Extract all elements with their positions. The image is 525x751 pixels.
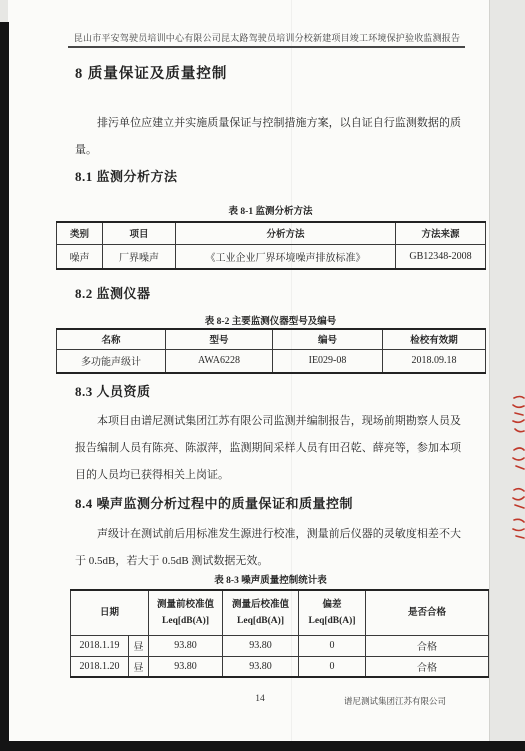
- table-noise-qc-stats: 日期 测量前校准值 Leq[dB(A)] 测量后校准值 Leq[dB(A)] 偏…: [70, 589, 489, 678]
- section-8-1-heading: 8.1 监测分析方法: [75, 166, 178, 185]
- table-cell: 厂界噪声: [103, 244, 176, 269]
- column-header: 名称: [57, 329, 166, 349]
- column-header: 项目: [103, 222, 176, 244]
- footer-company-name: 谱尼测试集团江苏有限公司: [335, 695, 455, 707]
- section-8-3-heading: 8.3 人员资质: [75, 381, 151, 400]
- column-header: 分析方法: [176, 222, 396, 244]
- table-cell: 《工业企业厂界环境噪声排放标准》: [176, 244, 396, 269]
- table-instruments: 名称 型号 编号 检校有效期 多功能声级计 AWA6228 IE029-08 2…: [56, 328, 486, 374]
- section-8-4-paragraph: 声级计在测试前后用标准发生源进行校准，测量前后仪器的灵敏度相差不大于 0.5dB…: [75, 521, 461, 575]
- table-cell: 昼: [129, 635, 149, 656]
- table-8-1-caption: 表 8-1 监测分析方法: [56, 203, 485, 217]
- section-8-paragraph: 排污单位应建立并实施质量保证与控制措施方案，以自证自行监测数据的质量。: [75, 110, 461, 164]
- table-cell: 0: [299, 656, 366, 677]
- table-cell: 0: [299, 635, 366, 656]
- section-8-4-heading: 8.4 噪声监测分析过程中的质量保证和质量控制: [75, 493, 353, 512]
- section-8-heading: 8 质量保证及质量控制: [75, 62, 227, 83]
- table-cell: 93.80: [223, 656, 299, 677]
- table-cell: 合格: [366, 656, 489, 677]
- table-cell: 2018.1.20: [71, 656, 129, 677]
- red-handwriting-annotation: [501, 392, 525, 540]
- table-cell: 93.80: [223, 635, 299, 656]
- red-scribble-icon: [501, 392, 525, 540]
- table-row: 2018.1.20 昼 93.80 93.80 0 合格: [71, 656, 489, 677]
- table-row: 噪声 厂界噪声 《工业企业厂界环境噪声排放标准》 GB12348-2008: [57, 244, 486, 269]
- column-header: 是否合格: [366, 590, 489, 635]
- column-header: 检校有效期: [383, 329, 486, 349]
- scanned-report-page: 昆山市平安驾驶员培训中心有限公司昆太路驾驶员培训分校新建项目竣工环境保护验收监测…: [0, 0, 525, 751]
- column-header: 型号: [166, 329, 273, 349]
- table-cell: 93.80: [149, 656, 223, 677]
- scan-edge-bottom: [0, 741, 525, 751]
- table-cell: GB12348-2008: [396, 244, 486, 269]
- column-header: 编号: [273, 329, 383, 349]
- table-8-2-caption: 表 8-2 主要监测仪器型号及编号: [56, 313, 485, 327]
- table-cell: 昼: [129, 656, 149, 677]
- table-8-3-caption: 表 8-3 噪声质量控制统计表: [56, 572, 485, 586]
- table-cell: 合格: [366, 635, 489, 656]
- table-header-row: 类别 项目 分析方法 方法来源: [57, 222, 486, 244]
- table-cell: 多功能声级计: [57, 349, 166, 373]
- scan-edge-left: [0, 22, 9, 741]
- column-header: 类别: [57, 222, 103, 244]
- column-header: 测量前校准值 Leq[dB(A)]: [149, 590, 223, 635]
- table-header-row: 名称 型号 编号 检校有效期: [57, 329, 486, 349]
- table-analysis-methods: 类别 项目 分析方法 方法来源 噪声 厂界噪声 《工业企业厂界环境噪声排放标准》…: [56, 221, 486, 270]
- column-header: 测量后校准值 Leq[dB(A)]: [223, 590, 299, 635]
- table-cell: 2018.09.18: [383, 349, 486, 373]
- table-row: 2018.1.19 昼 93.80 93.80 0 合格: [71, 635, 489, 656]
- section-8-2-heading: 8.2 监测仪器: [75, 283, 151, 302]
- table-cell: 噪声: [57, 244, 103, 269]
- header-rule: [68, 46, 465, 48]
- table-row: 多功能声级计 AWA6228 IE029-08 2018.09.18: [57, 349, 486, 373]
- column-header: 方法来源: [396, 222, 486, 244]
- table-cell: AWA6228: [166, 349, 273, 373]
- table-cell: 2018.1.19: [71, 635, 129, 656]
- table-header-row: 日期 测量前校准值 Leq[dB(A)] 测量后校准值 Leq[dB(A)] 偏…: [71, 590, 489, 635]
- running-header: 昆山市平安驾驶员培训中心有限公司昆太路驾驶员培训分校新建项目竣工环境保护验收监测…: [70, 31, 464, 44]
- column-header: 日期: [71, 590, 149, 635]
- column-header: 偏差 Leq[dB(A)]: [299, 590, 366, 635]
- table-cell: IE029-08: [273, 349, 383, 373]
- table-cell: 93.80: [149, 635, 223, 656]
- page-number: 14: [240, 694, 280, 704]
- section-8-3-paragraph: 本项目由谱尼测试集团江苏有限公司监测并编制报告，现场前期勘察人员及报告编制人员有…: [75, 408, 461, 489]
